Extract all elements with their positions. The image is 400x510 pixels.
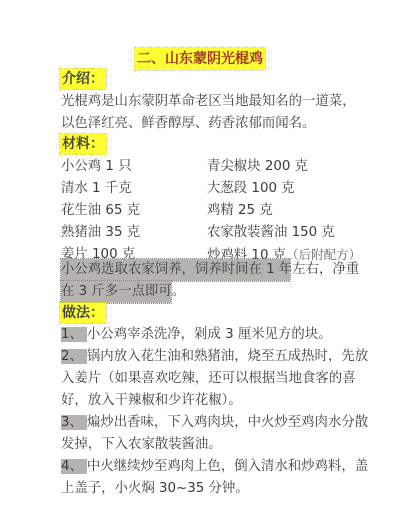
highlight-note-line: 小公鸡选取农家饲养，饲养时间在 1 年左右，净重: [61, 259, 290, 281]
step-4: 4、中火继续炒至鸡肉上色，倒入清水和炒鸡料，盖: [61, 456, 368, 478]
step-number: 1、: [61, 327, 87, 342]
step-2: 2、锅内放入花生油和熟猪油，烧至五成热时，先放: [61, 346, 368, 368]
ingredient-item: 农家散装酱油 150 克: [207, 222, 335, 244]
highlight-note-line: 在 3 斤多一点即可。: [61, 281, 171, 303]
ingredient-item: 青尖椒块 200 克: [207, 156, 308, 178]
step-text-cont: 入姜片（如果喜欢吃辣，还可以根据当地食客的喜: [61, 368, 356, 390]
step-1: 1、小公鸡宰杀洗净，剁成 3 厘米见方的块。: [61, 324, 332, 346]
intro-line: 以色泽红亮、鲜香醇厚、药香浓郁而闻名。: [61, 113, 315, 135]
step-3: 3、煸炒出香味，下入鸡肉块，中火炒至鸡肉水分散: [61, 412, 368, 434]
title-wrap: 二、山东蒙阴光棍鸡: [0, 48, 400, 70]
method-heading: 做法：: [60, 303, 106, 323]
ingredients-heading: 材料：: [60, 134, 106, 154]
ingredient-item: 大葱段 100 克: [207, 178, 295, 200]
recipe-note: （后附配方）: [286, 247, 361, 262]
step-text: 中火继续炒至鸡肉上色，倒入清水和炒鸡料，盖: [87, 459, 368, 474]
ingredient-item: 熟猪油 35 克: [61, 222, 140, 244]
ingredient-item: 花生油 65 克: [61, 200, 140, 222]
step-text: 小公鸡宰杀洗净，剁成 3 厘米见方的块。: [87, 327, 332, 342]
ingredient-item: 清水 1 千克: [61, 178, 132, 200]
ingredient-item: 小公鸡 1 只: [61, 156, 132, 178]
intro-heading: 介绍：: [60, 69, 106, 89]
step-number: 3、: [61, 415, 87, 430]
step-text-cont: 好，放入干辣椒和少许花椒）。: [61, 390, 242, 412]
step-number: 2、: [61, 349, 87, 364]
document-page: 二、山东蒙阴光棍鸡 介绍： 光棍鸡是山东蒙阴革命老区当地最知名的一道菜， 以色泽…: [0, 0, 400, 510]
step-number: 4、: [61, 459, 87, 474]
page-title: 二、山东蒙阴光棍鸡: [135, 48, 265, 70]
step-text: 煸炒出香味，下入鸡肉块，中火炒至鸡肉水分散: [87, 415, 368, 430]
step-text-cont: 发掉，下入农家散装酱油。: [61, 434, 222, 456]
step-text-cont: 上盖子，小火焖 30~35 分钟。: [61, 478, 249, 500]
ingredient-item: 鸡精 25 克: [207, 200, 273, 222]
step-text: 锅内放入花生油和熟猪油，烧至五成热时，先放: [87, 349, 368, 364]
intro-line: 光棍鸡是山东蒙阴革命老区当地最知名的一道菜，: [61, 91, 356, 113]
